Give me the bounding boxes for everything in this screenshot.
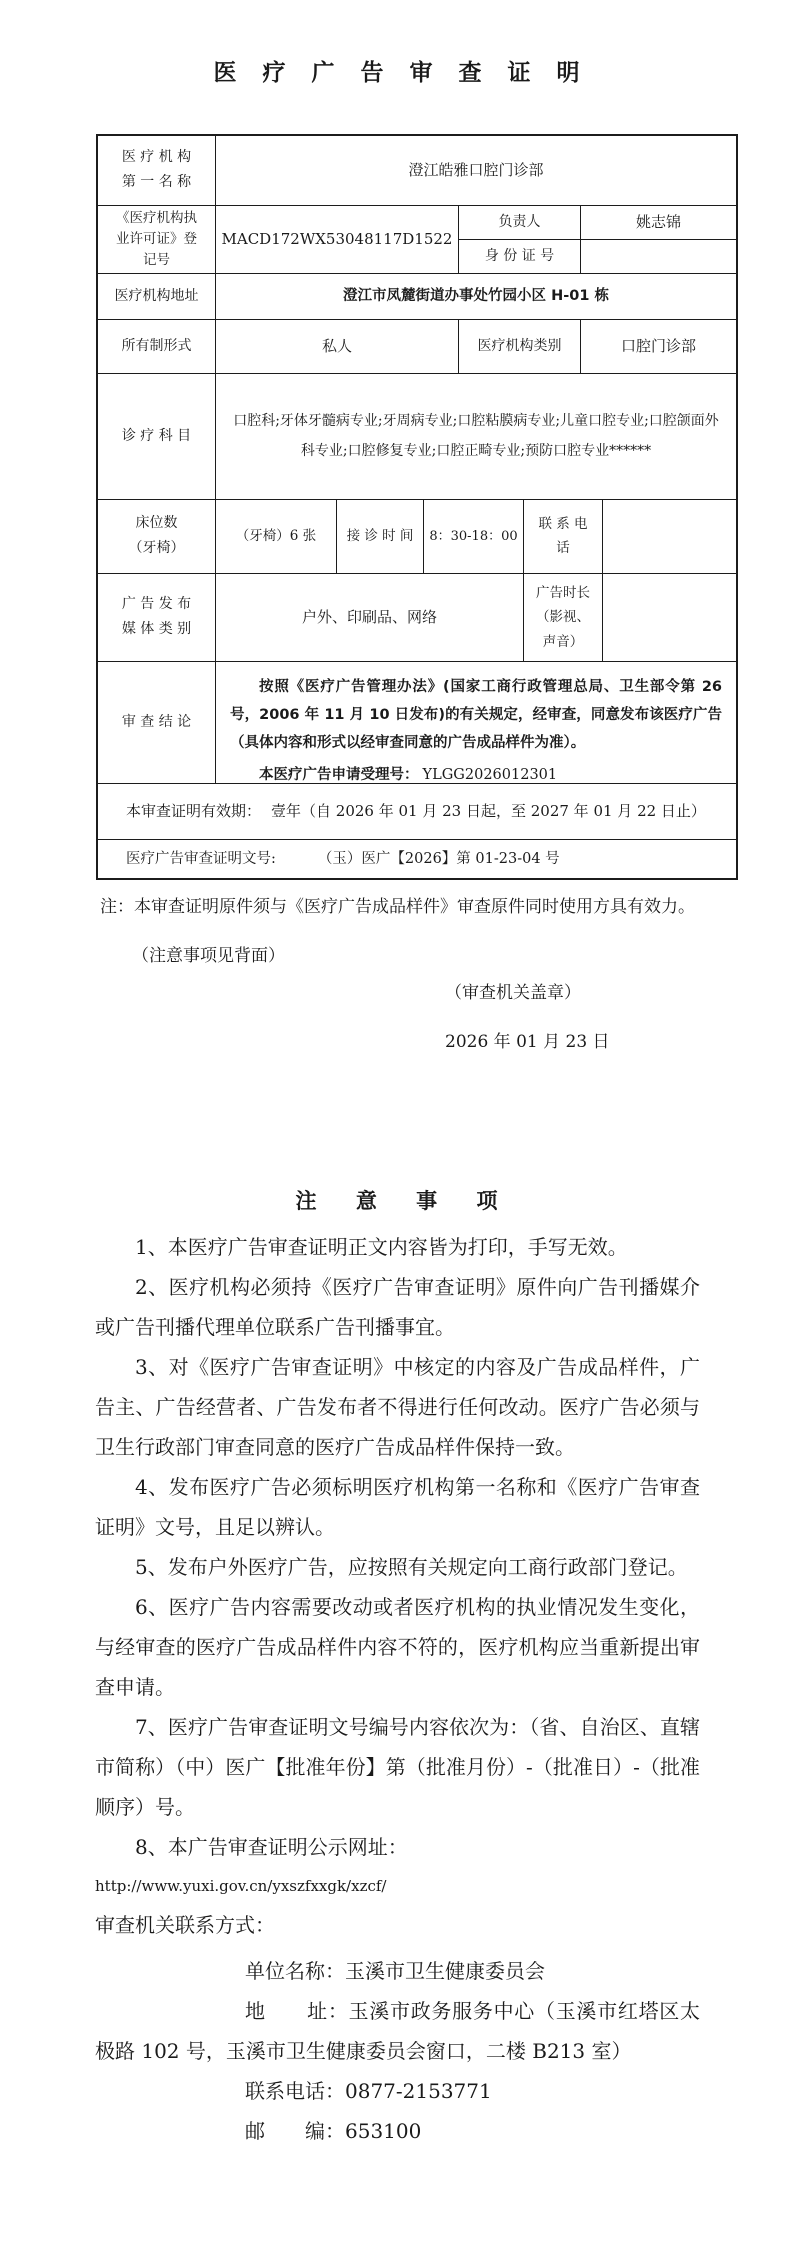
certificate-no-value: （玉）医广【2026】第 01-23-04 号: [318, 846, 560, 872]
contact-zip: 邮 编：653100: [95, 2111, 700, 2151]
row-certificate-no: 医疗广告审查证明文号:（玉）医广【2026】第 01-23-04 号: [98, 840, 736, 878]
contact-block: 单位名称：玉溪市卫生健康委员会 地 址：玉溪市政务服务中心（玉溪市红塔区太极路 …: [95, 1951, 700, 2151]
acceptance-number: YLGG2026012301: [423, 767, 558, 783]
page-title: 医 疗 广 告 审 查 证 明: [0, 0, 793, 88]
notice-item-1: 1、本医疗广告审查证明正文内容皆为打印，手写无效。: [95, 1227, 700, 1267]
contact-address: 地 址：玉溪市政务服务中心（玉溪市红塔区太极路 102 号，玉溪市卫生健康委员会…: [95, 1991, 700, 2071]
media-label: 广 告 发 布 媒 体 类 别: [98, 574, 216, 661]
beds-label: 床位数 （牙椅）: [98, 500, 216, 573]
beds-value: （牙椅）6 张: [216, 500, 337, 573]
row-departments: 诊 疗 科 目 口腔科;牙体牙髓病专业;牙周病专业;口腔粘膜病专业;儿童口腔专业…: [98, 374, 736, 500]
row-org-name: 医 疗 机 构 第 一 名 称 澄江皓雅口腔门诊部: [98, 136, 736, 206]
conclusion-content: 按照《医疗广告管理办法》(国家工商行政管理总局、卫生部令第 26 号，2006 …: [216, 662, 736, 783]
principal-label: 负责人: [459, 206, 581, 239]
issue-date: 2026 年 01 月 23 日: [445, 1029, 793, 1056]
hours-label: 接 诊 时 间: [337, 500, 424, 573]
duration-value: [603, 574, 736, 661]
category-value: 口腔门诊部: [581, 320, 736, 373]
row-beds: 床位数 （牙椅） （牙椅）6 张 接 诊 时 间 8：30-18：00 联 系 …: [98, 500, 736, 574]
certificate-no-label: 医疗广告审查证明文号:: [126, 846, 276, 872]
phone-label: 联 系 电 话: [524, 500, 603, 573]
departments-label: 诊 疗 科 目: [98, 374, 216, 499]
notice-heading: 注 意 事 项: [0, 1185, 793, 1215]
certificate-page: 医 疗 广 告 审 查 证 明 医 疗 机 构 第 一 名 称 澄江皓雅口腔门诊…: [0, 0, 793, 2244]
acceptance-label: 本医疗广告申请受理号：: [259, 767, 419, 783]
certificate-table: 医 疗 机 构 第 一 名 称 澄江皓雅口腔门诊部 《医疗机构执 业许可证》登 …: [96, 134, 738, 880]
certificate-no-cell: 医疗广告审查证明文号:（玉）医广【2026】第 01-23-04 号: [98, 840, 736, 878]
id-number-value: [581, 240, 736, 273]
category-label: 医疗机构类别: [459, 320, 581, 373]
row-validity: 本审查证明有效期：壹年（自 2026 年 01 月 23 日起，至 2027 年…: [98, 784, 736, 840]
contact-org: 单位名称：玉溪市卫生健康委员会: [95, 1951, 700, 1991]
address-label: 医疗机构地址: [98, 274, 216, 319]
principal-subrow: 负责人 姚志锦: [459, 206, 736, 240]
address-value: 澄江市凤麓街道办事处竹园小区 H-01 栋: [216, 274, 736, 319]
validity-label: 本审查证明有效期：: [126, 798, 261, 825]
duration-label: 广告时长 （影视、 声音）: [524, 574, 603, 661]
row-license: 《医疗机构执 业许可证》登 记号 MACD172WX53048117D1522 …: [98, 206, 736, 274]
conclusion-label: 审 查 结 论: [98, 662, 216, 783]
license-value: MACD172WX53048117D1522: [216, 206, 459, 273]
validity-value: 壹年（自 2026 年 01 月 23 日起，至 2027 年 01 月 22 …: [271, 798, 706, 825]
hours-value: 8：30-18：00: [424, 500, 524, 573]
ownership-value: 私人: [216, 320, 459, 373]
publicity-url: http://www.yuxi.gov.cn/yxszfxxgk/xzcf/: [95, 1867, 700, 1905]
row-address: 医疗机构地址 澄江市凤麓街道办事处竹园小区 H-01 栋: [98, 274, 736, 320]
ownership-label: 所有制形式: [98, 320, 216, 373]
phone-value: [603, 500, 736, 573]
license-label: 《医疗机构执 业许可证》登 记号: [98, 206, 216, 273]
id-number-label: 身 份 证 号: [459, 240, 581, 273]
notice-item-8: 8、本广告审查证明公示网址：: [95, 1827, 700, 1867]
seal-placeholder: （审查机关盖章）: [445, 980, 793, 1007]
principal-id-split: 负责人 姚志锦 身 份 证 号: [459, 206, 736, 273]
principal-value: 姚志锦: [581, 206, 736, 239]
notice-item-4: 4、发布医疗广告必须标明医疗机构第一名称和《医疗广告审查证明》文号，且足以辨认。: [95, 1467, 700, 1547]
notice-item-2: 2、医疗机构必须持《医疗广告审查证明》原件向广告刊播媒介或广告刊播代理单位联系广…: [95, 1267, 700, 1347]
row-conclusion: 审 查 结 论 按照《医疗广告管理办法》(国家工商行政管理总局、卫生部令第 26…: [98, 662, 736, 784]
row-media: 广 告 发 布 媒 体 类 别 户外、印刷品、网络 广告时长 （影视、 声音）: [98, 574, 736, 662]
original-use-note: 注：本审查证明原件须与《医疗广告成品样件》审查原件同时使用方具有效力。: [100, 894, 793, 921]
notice-item-5: 5、发布户外医疗广告，应按照有关规定向工商行政部门登记。: [95, 1547, 700, 1587]
notice-item-3: 3、对《医疗广告审查证明》中核定的内容及广告成品样件，广告主、广告经营者、广告发…: [95, 1347, 700, 1467]
validity-cell: 本审查证明有效期：壹年（自 2026 年 01 月 23 日起，至 2027 年…: [98, 784, 736, 839]
id-number-subrow: 身 份 证 号: [459, 240, 736, 273]
org-name-label: 医 疗 机 构 第 一 名 称: [98, 136, 216, 205]
conclusion-text: 按照《医疗广告管理办法》(国家工商行政管理总局、卫生部令第 26 号，2006 …: [230, 674, 722, 757]
notice-body: 1、本医疗广告审查证明正文内容皆为打印，手写无效。 2、医疗机构必须持《医疗广告…: [95, 1227, 700, 2151]
media-value: 户外、印刷品、网络: [216, 574, 524, 661]
notice-item-6: 6、医疗广告内容需要改动或者医疗机构的执业情况发生变化，与经审查的医疗广告成品样…: [95, 1587, 700, 1707]
departments-value: 口腔科;牙体牙髓病专业;牙周病专业;口腔粘膜病专业;儿童口腔专业;口腔颌面外科专…: [216, 374, 736, 499]
notice-item-7: 7、医疗广告审查证明文号编号内容依次为：（省、自治区、直辖市简称）（中）医广【批…: [95, 1707, 700, 1827]
see-back-note: （注意事项见背面）: [132, 943, 793, 970]
contact-phone: 联系电话：0877-2153771: [95, 2071, 700, 2111]
org-name-value: 澄江皓雅口腔门诊部: [216, 136, 736, 205]
contact-heading: 审查机关联系方式：: [95, 1905, 700, 1945]
row-ownership: 所有制形式 私人 医疗机构类别 口腔门诊部: [98, 320, 736, 374]
